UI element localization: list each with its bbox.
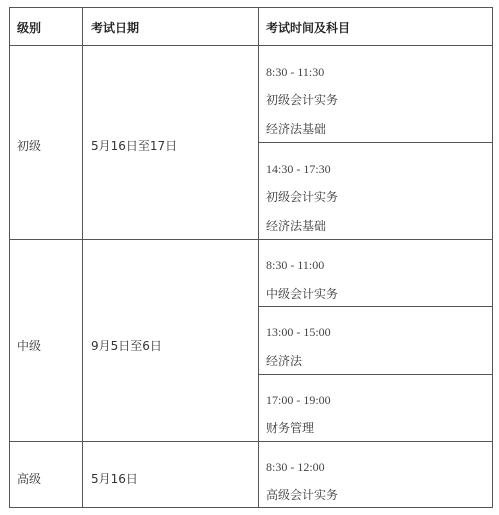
session-time: 8:30 - 11:00: [266, 258, 324, 272]
row-divider: [10, 239, 492, 240]
column-divider: [258, 8, 259, 507]
session-subject: 经济法基础: [266, 219, 326, 233]
session-time: 8:30 - 12:00: [266, 460, 325, 474]
session-subject: 高级会计实务: [266, 488, 338, 502]
date-cell: 9月5日至6日: [91, 339, 162, 353]
session-divider: [259, 306, 492, 307]
session-subject: 初级会计实务: [266, 93, 338, 107]
session-subject: 财务管理: [266, 421, 314, 435]
header-divider: [10, 45, 492, 46]
session-time: 17:00 - 19:00: [266, 393, 331, 407]
row-divider: [10, 441, 492, 442]
session-time: 13:00 - 15:00: [266, 325, 331, 339]
session-divider: [259, 374, 492, 375]
header-date: 考试日期: [91, 21, 139, 35]
session-time: 14:30 - 17:30: [266, 162, 331, 176]
column-divider: [82, 8, 83, 507]
exam-schedule-table: 级别 考试日期 考试时间及科目 初级 5月16日至17日 8:30 - 11:3…: [9, 7, 493, 508]
level-cell: 初级: [17, 139, 41, 153]
date-cell: 5月16日: [91, 472, 138, 486]
date-cell: 5月16日至17日: [91, 139, 177, 153]
session-divider: [259, 142, 492, 143]
header-level: 级别: [17, 21, 41, 35]
session-subject: 经济法: [266, 354, 302, 368]
session-time: 8:30 - 11:30: [266, 65, 324, 79]
session-subject: 中级会计实务: [266, 287, 338, 301]
session-subject: 初级会计实务: [266, 190, 338, 204]
header-time-subject: 考试时间及科目: [266, 21, 350, 35]
session-subject: 经济法基础: [266, 122, 326, 136]
level-cell: 高级: [17, 472, 41, 486]
level-cell: 中级: [17, 339, 41, 353]
